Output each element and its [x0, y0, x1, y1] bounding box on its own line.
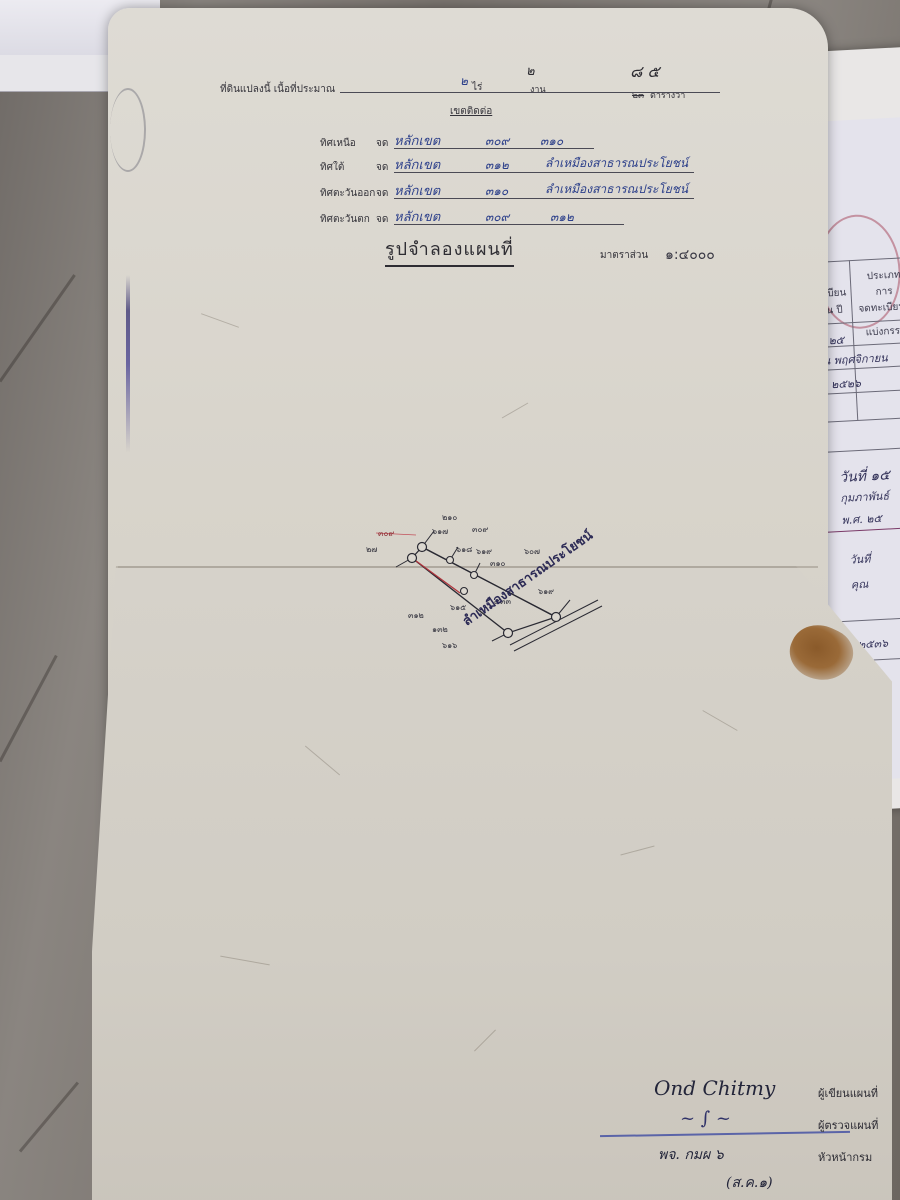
registry-header-cell: จดทะเบียน	[858, 299, 900, 316]
rai-value: ๒	[460, 72, 468, 91]
sq-wa-value: ๘ ๕	[630, 60, 660, 85]
checker-signature: ~ ∫ ~	[680, 1108, 731, 1129]
prefix-label: จด	[376, 186, 388, 201]
paper-stack	[0, 0, 125, 100]
ngan-unit: งาน	[530, 82, 546, 96]
direction-label: ทิศตะวันออก	[320, 186, 375, 201]
boundary-note: ลำเหมืองสาธารณประโยชน์	[545, 180, 688, 199]
label-top-right: ๓๐๙	[472, 523, 488, 536]
label-mid: ๓๑๐	[490, 557, 505, 570]
registry-header-cell: การ	[875, 284, 893, 300]
direction-label: ทิศตะวันตก	[320, 212, 370, 227]
label-lower-left-2: ๑๓๒	[432, 623, 448, 636]
registry-row: คุณ	[850, 575, 868, 594]
ngan-value: ๒	[526, 60, 535, 81]
prefix-label: จด	[376, 212, 388, 227]
registry-row: กุมภาพันธ์	[840, 486, 890, 507]
label-lower-left: ๓๑๒	[408, 609, 424, 622]
embossed-seal	[110, 88, 146, 172]
label-right-post: ๖๑๙	[538, 585, 554, 598]
prefix-label: จด	[376, 160, 388, 175]
label-top: ๒๑๐	[442, 511, 457, 524]
area-label: ที่ดินแปลงนี้ เนื้อที่ประมาณ	[220, 82, 335, 97]
checker-role: ผู้ตรวจแผนที่	[818, 1116, 878, 1134]
direction-label: ทิศเหนือ	[320, 136, 356, 151]
signature-block: Ond Chitmy ผู้เขียนแผนที่ ~ ∫ ~ ผู้ตรวจแ…	[640, 1072, 900, 1200]
head-role: หัวหน้ากรม	[818, 1148, 872, 1166]
scale-label: มาตราส่วน	[600, 248, 648, 263]
label-post-1: ๖๑๗	[432, 525, 448, 538]
boundaries-heading: เขตติดต่อ	[450, 104, 492, 119]
boundary-note: ลำเหมืองสาธารณประโยชน์	[545, 154, 688, 173]
scale-value: ๑:๔๐๐๐	[665, 244, 715, 266]
registry-row: วันที่	[849, 550, 871, 569]
sq-wa-unit: ตารางวา	[650, 88, 685, 102]
registry-header-cell: ประเภท	[866, 268, 900, 285]
label-top-left: ๓๐๙	[378, 527, 394, 540]
registry-row: วันที่ ๑๕	[839, 464, 891, 489]
surveyor-role: ผู้เขียนแผนที่	[818, 1084, 878, 1102]
prefix-label: จด	[376, 136, 388, 151]
head-name: พจ. กมผ ๖	[658, 1144, 724, 1166]
label-bottom-post: ๖๑๖	[442, 639, 457, 652]
direction-label: ทิศใต้	[320, 160, 344, 175]
label-left: ๒๗	[366, 543, 377, 556]
rai-unit: ไร่	[472, 80, 482, 95]
sq-wa-struck: ๒๓	[632, 88, 644, 102]
signature-date: (ส.ค.๑)	[726, 1172, 773, 1194]
map-title: รูปจำลองแผนที่	[385, 234, 514, 267]
margin-ink-mark	[126, 275, 130, 453]
registry-type-cell: แบ่งกรรม	[865, 323, 900, 340]
surveyor-signature: Ond Chitmy	[654, 1076, 775, 1100]
label-post-2: ๖๑๘	[456, 543, 472, 556]
label-right: ๖๐๗	[524, 545, 540, 558]
registry-row: พ.ศ. ๒๕	[841, 509, 882, 529]
